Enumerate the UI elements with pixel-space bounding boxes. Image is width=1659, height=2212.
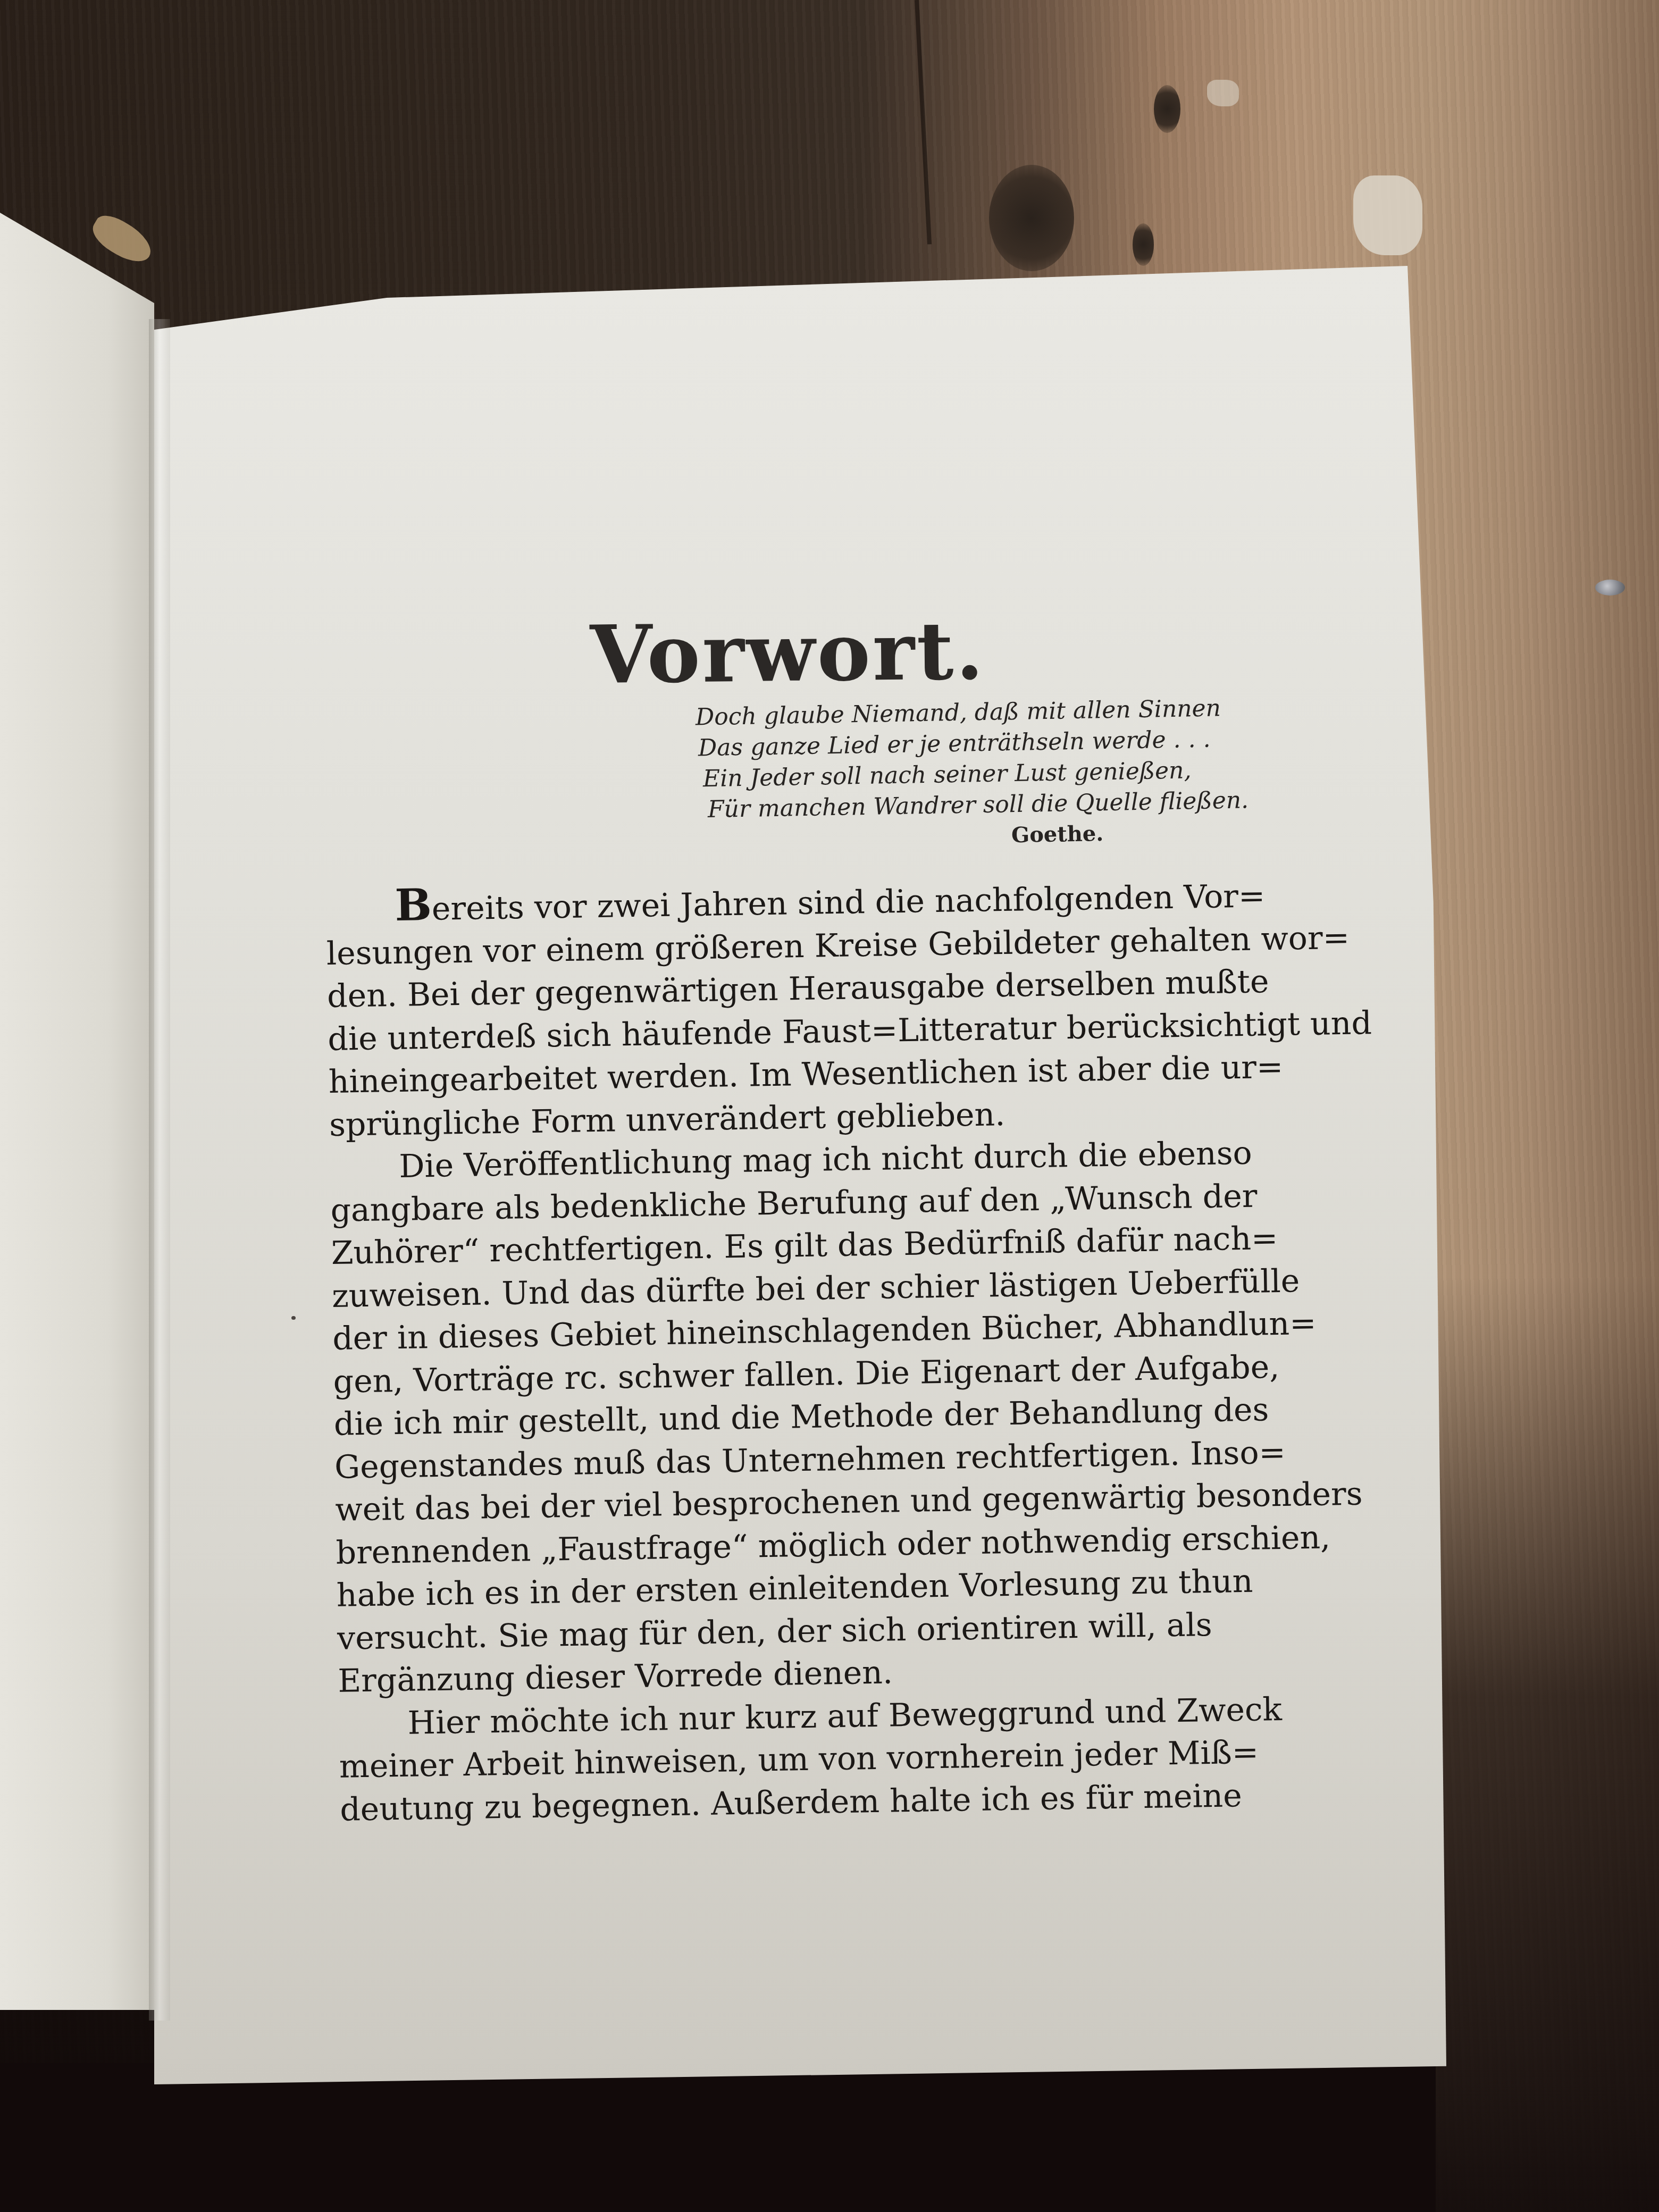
wood-knot xyxy=(1154,85,1180,133)
wood-knot xyxy=(989,165,1074,271)
book-cover xyxy=(0,2063,1436,2212)
page-content: Vorwort. Doch glaube Niemand, daß mit al… xyxy=(154,266,1446,2084)
epigraph: Doch glaube Niemand, daß mit allen Sinne… xyxy=(696,691,1336,857)
paint-fleck xyxy=(1353,175,1422,255)
body-text: Bereits vor zwei Jahren sind die nachfol… xyxy=(325,872,1170,1831)
page-title: Vorwort. xyxy=(590,604,986,702)
nail-head xyxy=(1595,580,1625,596)
paint-fleck xyxy=(1207,80,1239,106)
ink-speck xyxy=(291,1316,296,1320)
left-page xyxy=(0,213,154,2010)
epigraph-attribution: Goethe. xyxy=(1011,815,1336,851)
wood-knot xyxy=(1133,223,1154,266)
drop-cap: B xyxy=(395,879,432,931)
